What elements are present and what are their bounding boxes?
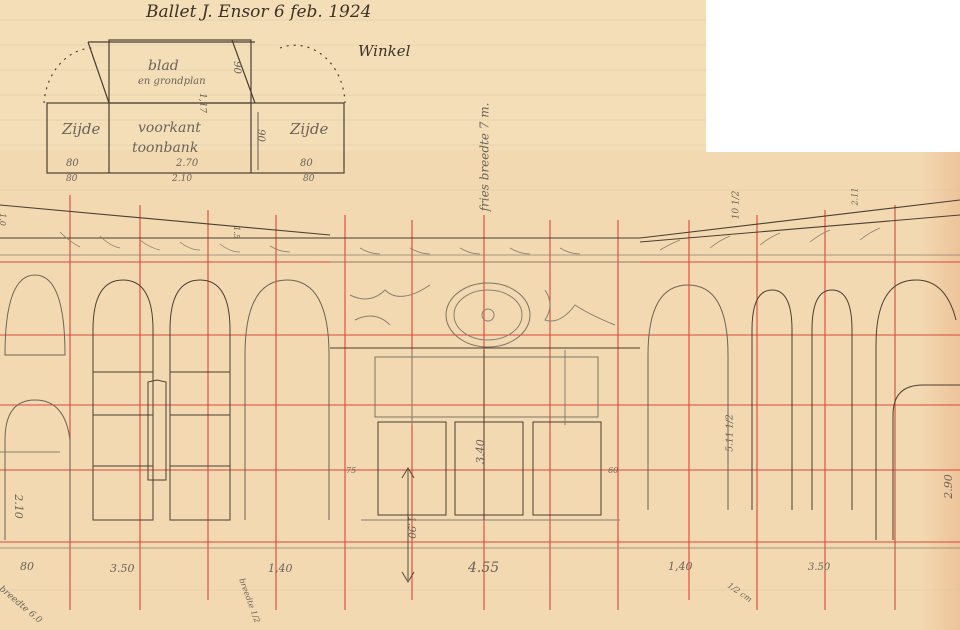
bottom-dim-4: 4.55 bbox=[468, 560, 499, 576]
door-height-dim: 1.90 bbox=[406, 516, 417, 538]
bottom-dim-6: 3.50 bbox=[808, 562, 830, 573]
dimension-lines bbox=[0, 350, 484, 582]
plan-bottom-dim-left: 80 bbox=[66, 174, 77, 184]
bottom-dim-1: 80 bbox=[20, 560, 34, 573]
drawing-title: Ballet J. Ensor 6 feb. 1924 bbox=[146, 2, 371, 22]
far-right-top-dim: 2.11 bbox=[850, 188, 859, 206]
mid-top-dim: 1.5 bbox=[232, 226, 241, 239]
plan-left-label: Zijde bbox=[62, 120, 100, 138]
bottom-dim-2: 3.50 bbox=[110, 562, 135, 575]
plan-top-label: blad bbox=[148, 58, 179, 74]
left-arcade bbox=[5, 275, 329, 540]
left-top-dim: 1.0 bbox=[0, 213, 7, 226]
side-mark-right: 60 bbox=[608, 466, 618, 475]
plan-center-vertical-dim: 1,17 bbox=[197, 93, 207, 113]
plan-bottom-dim-center: 2.10 bbox=[172, 174, 192, 184]
left-height-dim: 2.10 bbox=[12, 494, 25, 519]
plan-inner-dim-left: 80 bbox=[66, 158, 79, 169]
bottom-dim-3: 1,40 bbox=[268, 562, 293, 575]
cornice bbox=[0, 200, 960, 548]
center-height-dim: 3.40 bbox=[474, 439, 487, 464]
elevation-drawing bbox=[0, 0, 960, 630]
frieze-note: fries breedte 7 m. bbox=[477, 103, 491, 212]
side-mark-left: 75 bbox=[346, 466, 356, 475]
plan-center-sublabel: toonbank bbox=[132, 140, 198, 156]
plan-top-dim: 90 bbox=[231, 61, 242, 74]
bottom-dim-5: 1,40 bbox=[668, 560, 693, 573]
center-panel bbox=[350, 283, 620, 520]
right-top-dim: 10 1/2 bbox=[731, 191, 741, 220]
plan-right-vertical-dim: 90 bbox=[255, 129, 266, 142]
plan-bottom-dim-right: 80 bbox=[303, 174, 314, 184]
plan-right-label: Zijde bbox=[290, 120, 328, 138]
far-right-height-dim: 2.90 bbox=[942, 474, 955, 499]
right-arcade bbox=[648, 280, 960, 540]
plan-inner-dim-right: 80 bbox=[300, 158, 313, 169]
right-height-dim: 5.11 1/2 bbox=[726, 414, 736, 451]
plan-inner-dim-center: 2.70 bbox=[176, 158, 198, 169]
plan-top-sublabel: en grondplan bbox=[138, 76, 206, 87]
drawing-subtitle: Winkel bbox=[358, 42, 410, 60]
plan-center-label: voorkant bbox=[138, 120, 201, 136]
